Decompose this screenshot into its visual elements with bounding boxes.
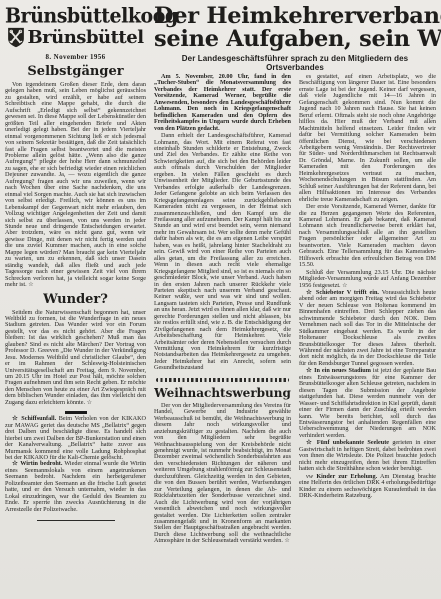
report-paragraph-3: Schluß der Versammlung 23.15 Uhr. Die nä… (299, 270, 436, 289)
news-brief-kinder-erholung: vw Kinder zur Erholung. Am Dienstag brac… (299, 474, 436, 500)
brief-text: Wieder einmal wurde die Wirtin eines See… (5, 460, 146, 512)
newspaper-page: Brünsbüttelkoog Brünsbüttel 8. November … (0, 0, 441, 599)
report-body-paragraph: Dann erhielt der Landesgeschäftsführer, … (154, 133, 291, 372)
news-brief-seeleute: ☆ Fünf unbekannte Seeleute gerieten in e… (299, 440, 436, 472)
middle-column: Am 5. November, 20.00 Uhr, fand in den „… (154, 74, 291, 545)
brief-text: ist jetzt der geplante Bau eines Entwäss… (299, 367, 436, 439)
news-brief-schiffsunfall: ☆ Schiffsunfall. Beim Verholen von der K… (5, 416, 146, 461)
article-heading-wunder: Wunder? (5, 293, 146, 307)
shield-with-crossed-anchors-icon (7, 27, 25, 48)
brief-text: Voraussichtlich heute abend oder am morg… (299, 289, 436, 367)
article-body-weihnachtswerbung: Der von der Mitgliederversammlung des Ve… (154, 403, 291, 545)
brief-text: Beim Verholen von der KIKAKO zur MAWAG g… (5, 415, 146, 461)
report-paragraph-2: Der erste Vorsitzende, Kamerad Werner, d… (299, 204, 436, 269)
right-column: es gestattet, auf einen Arbeitsplatz, wo… (299, 74, 436, 545)
article-heading-selbstgaenger: Selbstgänger (5, 65, 146, 79)
report-lead-paragraph: Am 5. November, 20.00 Uhr, fand in den „… (154, 74, 291, 132)
ornamental-chain-border (156, 378, 289, 382)
left-column: Brünsbüttelkoog Brünsbüttel 8. November … (5, 4, 146, 545)
headline-line2: seine Aufgaben, sein Wirken (154, 28, 436, 51)
masthead: Brünsbüttelkoog Brünsbüttel 8. November … (5, 4, 146, 61)
news-brief-wirtin-bedroht: ☆ Wirtin bedroht. Wieder einmal wurde di… (5, 461, 146, 513)
news-brief-neues-stadium: ☆ In ein neues Stadium ist jetzt der gep… (299, 368, 436, 439)
headline-line1: Der Heimkehrerverband (154, 5, 436, 28)
news-brief-schiebetor: ☆ Schiebetor V trifft ein. Voraussichtli… (299, 290, 436, 367)
headline-block: Der Heimkehrerverband seine Aufgaben, se… (154, 4, 436, 72)
masthead-town-line2: Brünsbüttel (27, 29, 143, 47)
report-continuation-paragraph: es gestattet, auf einen Arbeitsplatz, wo… (299, 74, 436, 203)
article-body-selbstgaenger: Von irgendeinem Großen dieser Erde, dem … (5, 82, 146, 289)
masthead-town-line1: Brünsbüttelkoog (5, 6, 146, 27)
column-end-rule (37, 520, 115, 521)
headline-subtitle: Der Landesgeschäftsführer sprach zu den … (154, 54, 436, 72)
section-divider-bar (65, 411, 87, 414)
article-heading-weihnachtswerbung: Weihnachtswerbung (154, 386, 291, 400)
main-article-area: Der Heimkehrerverband seine Aufgaben, se… (154, 4, 436, 545)
issue-date: 8. November 1956 (5, 53, 146, 61)
article-body-wunder: Seitdem die Naturwissenschaft begonnen h… (5, 310, 146, 407)
